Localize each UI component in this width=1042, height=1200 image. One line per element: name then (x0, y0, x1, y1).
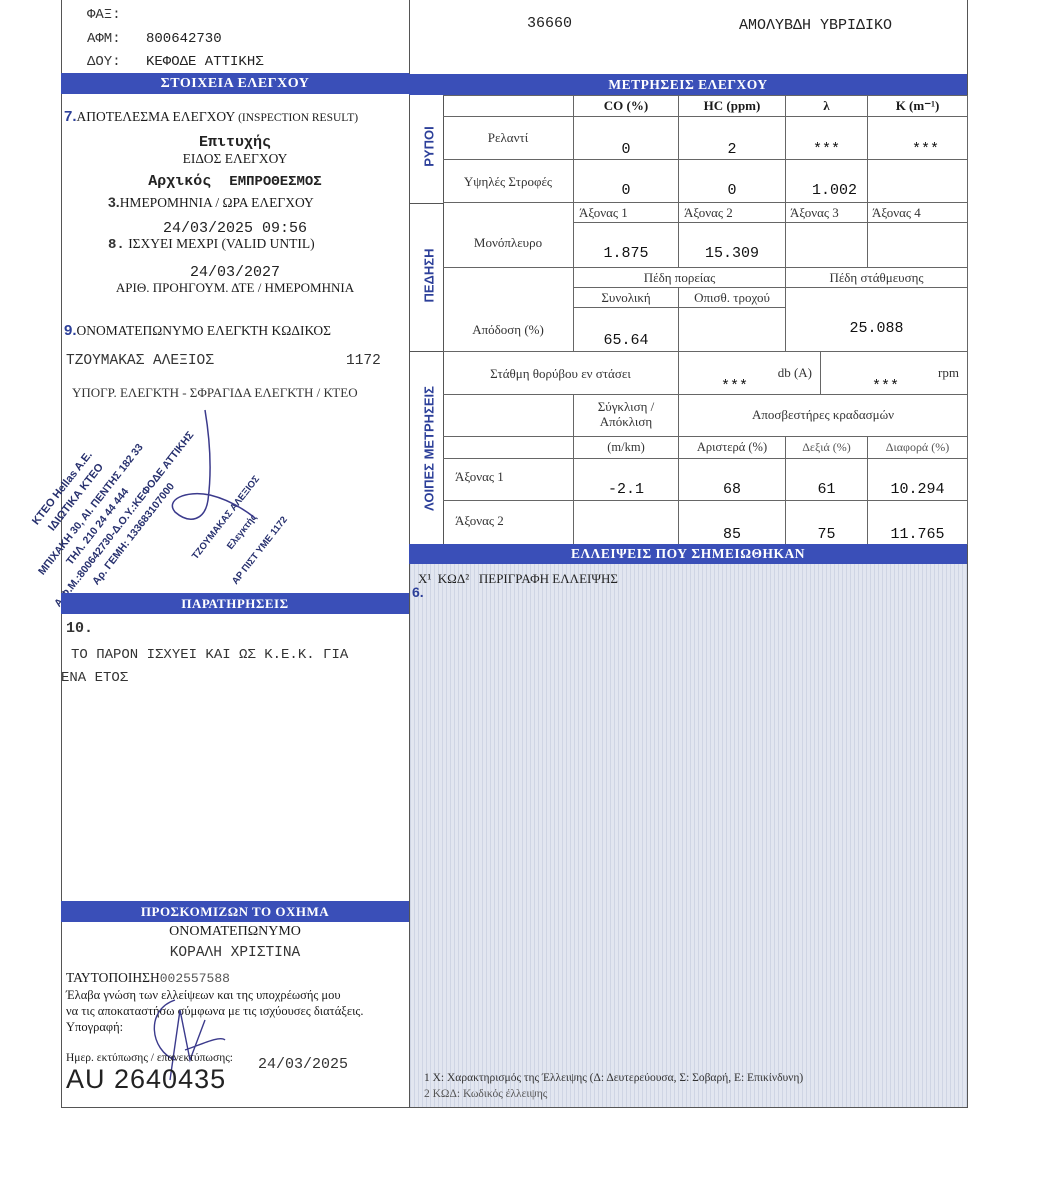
divider-braking-top (409, 203, 443, 204)
remarks-number: 10. (66, 620, 93, 637)
alignment-blank-2 (443, 436, 574, 459)
damper-row-2-alignment (573, 500, 679, 545)
defects-col-code: ΚΩΔ² (438, 571, 469, 586)
defects-section-title: ΕΛΛΕΙΨΕΙΣ ΠΟΥ ΣΗΜΕΙΩΘΗΚΑΝ (409, 544, 967, 564)
noise-rpm-value: *** (872, 378, 899, 395)
emissions-high-lambda: 1.002 (785, 159, 868, 203)
inspection-result-value: Επιτυχής (61, 134, 409, 151)
damper-left-header: Αριστερά (%) (678, 436, 786, 459)
inspector-code: 1172 (346, 353, 381, 369)
service-brake-total-value: 65.64 (573, 307, 679, 352)
defects-footnote-1: 1 Χ: Χαρακτηρισμός της Έλλειψης (Δ: Δευτ… (424, 1072, 803, 1084)
emissions-high-k (867, 159, 968, 203)
damper-row-2-label: Άξονας 2 (443, 500, 574, 545)
emissions-high-co: 0 (573, 159, 679, 203)
emissions-header-k: K (m⁻¹) (867, 95, 968, 117)
noise-db-value: *** (721, 378, 748, 395)
emissions-row-high-rpm-label: Υψηλές Στροφές (443, 159, 574, 203)
inspection-result-label: ΑΠΟΤΕΛΕΣΜΑ ΕΛΕΓΧΟΥ (77, 109, 235, 124)
signature-label: ΥΠΟΓΡ. ΕΛΕΓΚΤΗ - ΣΦΡΑΓΙΔΑ ΕΛΕΓΚΤΗ / ΚΤΕΟ (72, 385, 358, 401)
valid-until-value: 24/03/2027 (61, 264, 409, 281)
divider-other-top (409, 351, 443, 352)
alignment-unit: (m/km) (573, 436, 679, 459)
emissions-idle-co: 0 (573, 116, 679, 160)
defects-area (410, 564, 967, 1107)
inspection-result-heading: 7.ΑΠΟΤΕΛΕΣΜΑ ΕΛΕΓΧΟΥ (INSPECTION RESULT) (64, 108, 358, 125)
defects-footnote-2: 2 ΚΩΔ: Κωδικός έλλειψης (424, 1088, 547, 1100)
inspection-type-value: Αρχικός ΕΜΠΡΟΘΕΣΜΟΣ (61, 173, 409, 190)
inspection-result-label-en: (INSPECTION RESULT) (238, 112, 358, 124)
fuel-type-value: ΑΜΟΛΥΒΔΗ ΥΒΡΙΔΙΚΟ (739, 17, 892, 34)
service-brake-rear-value (678, 307, 786, 352)
inspector-number: 9. (64, 322, 77, 339)
inspector-heading: 9.ΟΝΟΜΑΤΕΠΩΝΥΜΟ ΕΛΕΓΚΤΗ ΚΩΔΙΚΟΣ (64, 322, 331, 339)
service-brake-rear-header: Οπισθ. τροχού (678, 287, 786, 308)
braking-axle-2-header: Άξονας 2 (678, 202, 786, 223)
frame-bottom (61, 1107, 968, 1108)
noise-db-unit: db (A) (778, 365, 812, 381)
inspection-date-number: 3. (108, 194, 120, 210)
emissions-idle-hc: 2 (678, 116, 786, 160)
inspection-type-timing: ΕΜΠΡΟΘΕΣΜΟΣ (229, 174, 321, 190)
inspection-date-label: ΗΜΕΡΟΜΗΝΙΑ / ΩΡΑ ΕΛΕΓΧΟΥ (120, 195, 314, 210)
service-brake-total-header: Συνολική (573, 287, 679, 308)
mileage-value: 36660 (527, 15, 572, 32)
noise-label: Στάθμη θορύβου εν στάσει (443, 351, 679, 395)
emissions-header-blank (443, 95, 574, 117)
braking-efficiency-label: Απόδοση (%) (443, 267, 574, 352)
damper-row-2-diff: 11.765 (867, 500, 968, 545)
parking-brake-header: Πέδη στάθμευσης (785, 267, 968, 288)
emissions-idle-lambda: *** (785, 116, 868, 160)
inspection-result-number: 7. (64, 108, 77, 125)
defects-number: 6. (412, 584, 424, 600)
braking-axle-1-header: Άξονας 1 (573, 202, 679, 223)
damper-row-1-left: 68 (678, 458, 786, 501)
braking-axle-1-value: 1.875 (573, 222, 679, 268)
fax-label: ΦΑΞ: (87, 7, 121, 23)
valid-until-number: 8. (108, 237, 125, 253)
inspection-section-title: ΣΤΟΙΧΕΙΑ ΕΛΕΓΧΟΥ (61, 73, 409, 94)
damper-row-1-label: Άξονας 1 (443, 458, 574, 501)
print-date-label: Ημερ. εκτύπωσης / επανεκτύπωσης: (66, 1052, 233, 1064)
presenter-name-label: ΟΝΟΜΑΤΕΠΩΝΥΜΟ (61, 924, 409, 940)
remarks-section-title: ΠΑΡΑΤΗΡΗΣΕΙΣ (61, 593, 409, 614)
damper-right-header: Δεξιά (%) (785, 436, 868, 459)
noise-db-cell: db (A) *** (678, 351, 821, 395)
remarks-line-2: ΕΝΑ ΕΤΟΣ (61, 670, 128, 686)
presenter-section-title: ΠΡΟΣΚΟΜΙΖΩΝ ΤΟ ΟΧΗΜΑ (61, 901, 409, 922)
dampers-header: Αποσβεστήρες κραδασμών (678, 394, 968, 437)
inspection-type-label: ΕΙΔΟΣ ΕΛΕΓΧΟΥ (61, 151, 409, 167)
emissions-row-idle-label: Ρελαντί (443, 116, 574, 160)
other-measurements-side-label: ΛΟΙΠΕΣ ΜΕΤΡΗΣΕΙΣ (422, 376, 437, 522)
emissions-idle-k: *** (867, 116, 968, 160)
damper-row-1-alignment: -2.1 (573, 458, 679, 501)
emissions-side-label: ΡΥΠΟΙ (422, 108, 437, 186)
presenter-id-value: 002557588 (160, 971, 230, 986)
damper-diff-header: Διαφορά (%) (867, 436, 968, 459)
previous-certificate-label: ΑΡΙΘ. ΠΡΟΗΓΟΥΜ. ΔΤΕ / ΗΜΕΡΟΜΗΝΙΑ (61, 280, 409, 296)
damper-row-2-right: 75 (785, 500, 868, 545)
service-brake-header: Πέδη πορείας (573, 267, 786, 288)
parking-brake-value: 25.088 (785, 287, 968, 352)
presenter-name-value: ΚΟΡΑΛΗ ΧΡΙΣΤΙΝΑ (61, 945, 409, 961)
presenter-signature-label: Υπογραφή: (66, 1020, 123, 1035)
inspector-name: ΤΖΟΥΜΑΚΑΣ ΑΛΕΞΙΟΣ (66, 353, 214, 369)
doy-label: ΔΟΥ: (87, 54, 121, 70)
noise-rpm-cell: rpm *** (820, 351, 968, 395)
braking-axle-2-value: 15.309 (678, 222, 786, 268)
emissions-high-hc: 0 (678, 159, 786, 203)
emissions-header-lambda: λ (785, 95, 868, 117)
inspection-type-main: Αρχικός (148, 173, 211, 190)
damper-row-1-right: 61 (785, 458, 868, 501)
braking-axle-3-value (785, 222, 868, 268)
braking-single-side-label: Μονόπλευρο (443, 202, 574, 268)
braking-axle-4-value (867, 222, 968, 268)
measurements-section-title: ΜΕΤΡΗΣΕΙΣ ΕΛΕΓΧΟΥ (409, 74, 967, 95)
inspector-signature-icon (150, 400, 270, 540)
emissions-header-hc: HC (ppm) (678, 95, 786, 117)
doy-value: ΚΕΦΟΔΕ ΑΤΤΙΚΗΣ (146, 54, 264, 70)
alignment-blank-1 (443, 394, 574, 437)
defects-col-description: ΠΕΡΙΓΡΑΦΗ ΕΛΛΕΙΨΗΣ (479, 571, 618, 586)
presenter-id-row: ΤΑΥΤΟΠΟΙΗΣΗ002557588 (66, 970, 230, 986)
braking-side-label: ΠΕΔΗΣΗ (422, 229, 437, 323)
braking-axle-4-header: Άξονας 4 (867, 202, 968, 223)
defects-column-headers: Χ¹ ΚΩΔ² ΠΕΡΙΓΡΑΦΗ ΕΛΛΕΙΨΗΣ (418, 571, 618, 587)
braking-axle-3-header: Άξονας 3 (785, 202, 868, 223)
afm-label: ΑΦΜ: (87, 31, 121, 47)
damper-row-2-left: 85 (678, 500, 786, 545)
emissions-header-co: CO (%) (573, 95, 679, 117)
serial-number: AU 2640435 (66, 1064, 226, 1095)
inspection-date-heading: 3.ΗΜΕΡΟΜΗΝΙΑ / ΩΡΑ ΕΛΕΓΧΟΥ (108, 194, 314, 211)
print-date-value: 24/03/2025 (258, 1056, 348, 1073)
noise-rpm-unit: rpm (938, 365, 959, 381)
valid-until-heading: 8. ΙΣΧΥΕΙ ΜΕΧΡΙ (VALID UNTIL) (108, 236, 315, 253)
remarks-line-1: ΤΟ ΠΑΡΟΝ ΙΣΧΥΕΙ ΚΑΙ ΩΣ Κ.Ε.Κ. ΓΙΑ (71, 647, 348, 663)
afm-value: 800642730 (146, 31, 222, 47)
damper-row-1-diff: 10.294 (867, 458, 968, 501)
inspection-date-value: 24/03/2025 09:56 (61, 220, 409, 237)
valid-until-label: ΙΣΧΥΕΙ ΜΕΧΡΙ (VALID UNTIL) (128, 236, 314, 251)
presenter-id-label: ΤΑΥΤΟΠΟΙΗΣΗ (66, 970, 160, 985)
inspector-label: ΟΝΟΜΑΤΕΠΩΝΥΜΟ ΕΛΕΓΚΤΗ ΚΩΔΙΚΟΣ (77, 323, 331, 338)
alignment-header: Σύγκλιση / Απόκλιση (573, 394, 679, 437)
